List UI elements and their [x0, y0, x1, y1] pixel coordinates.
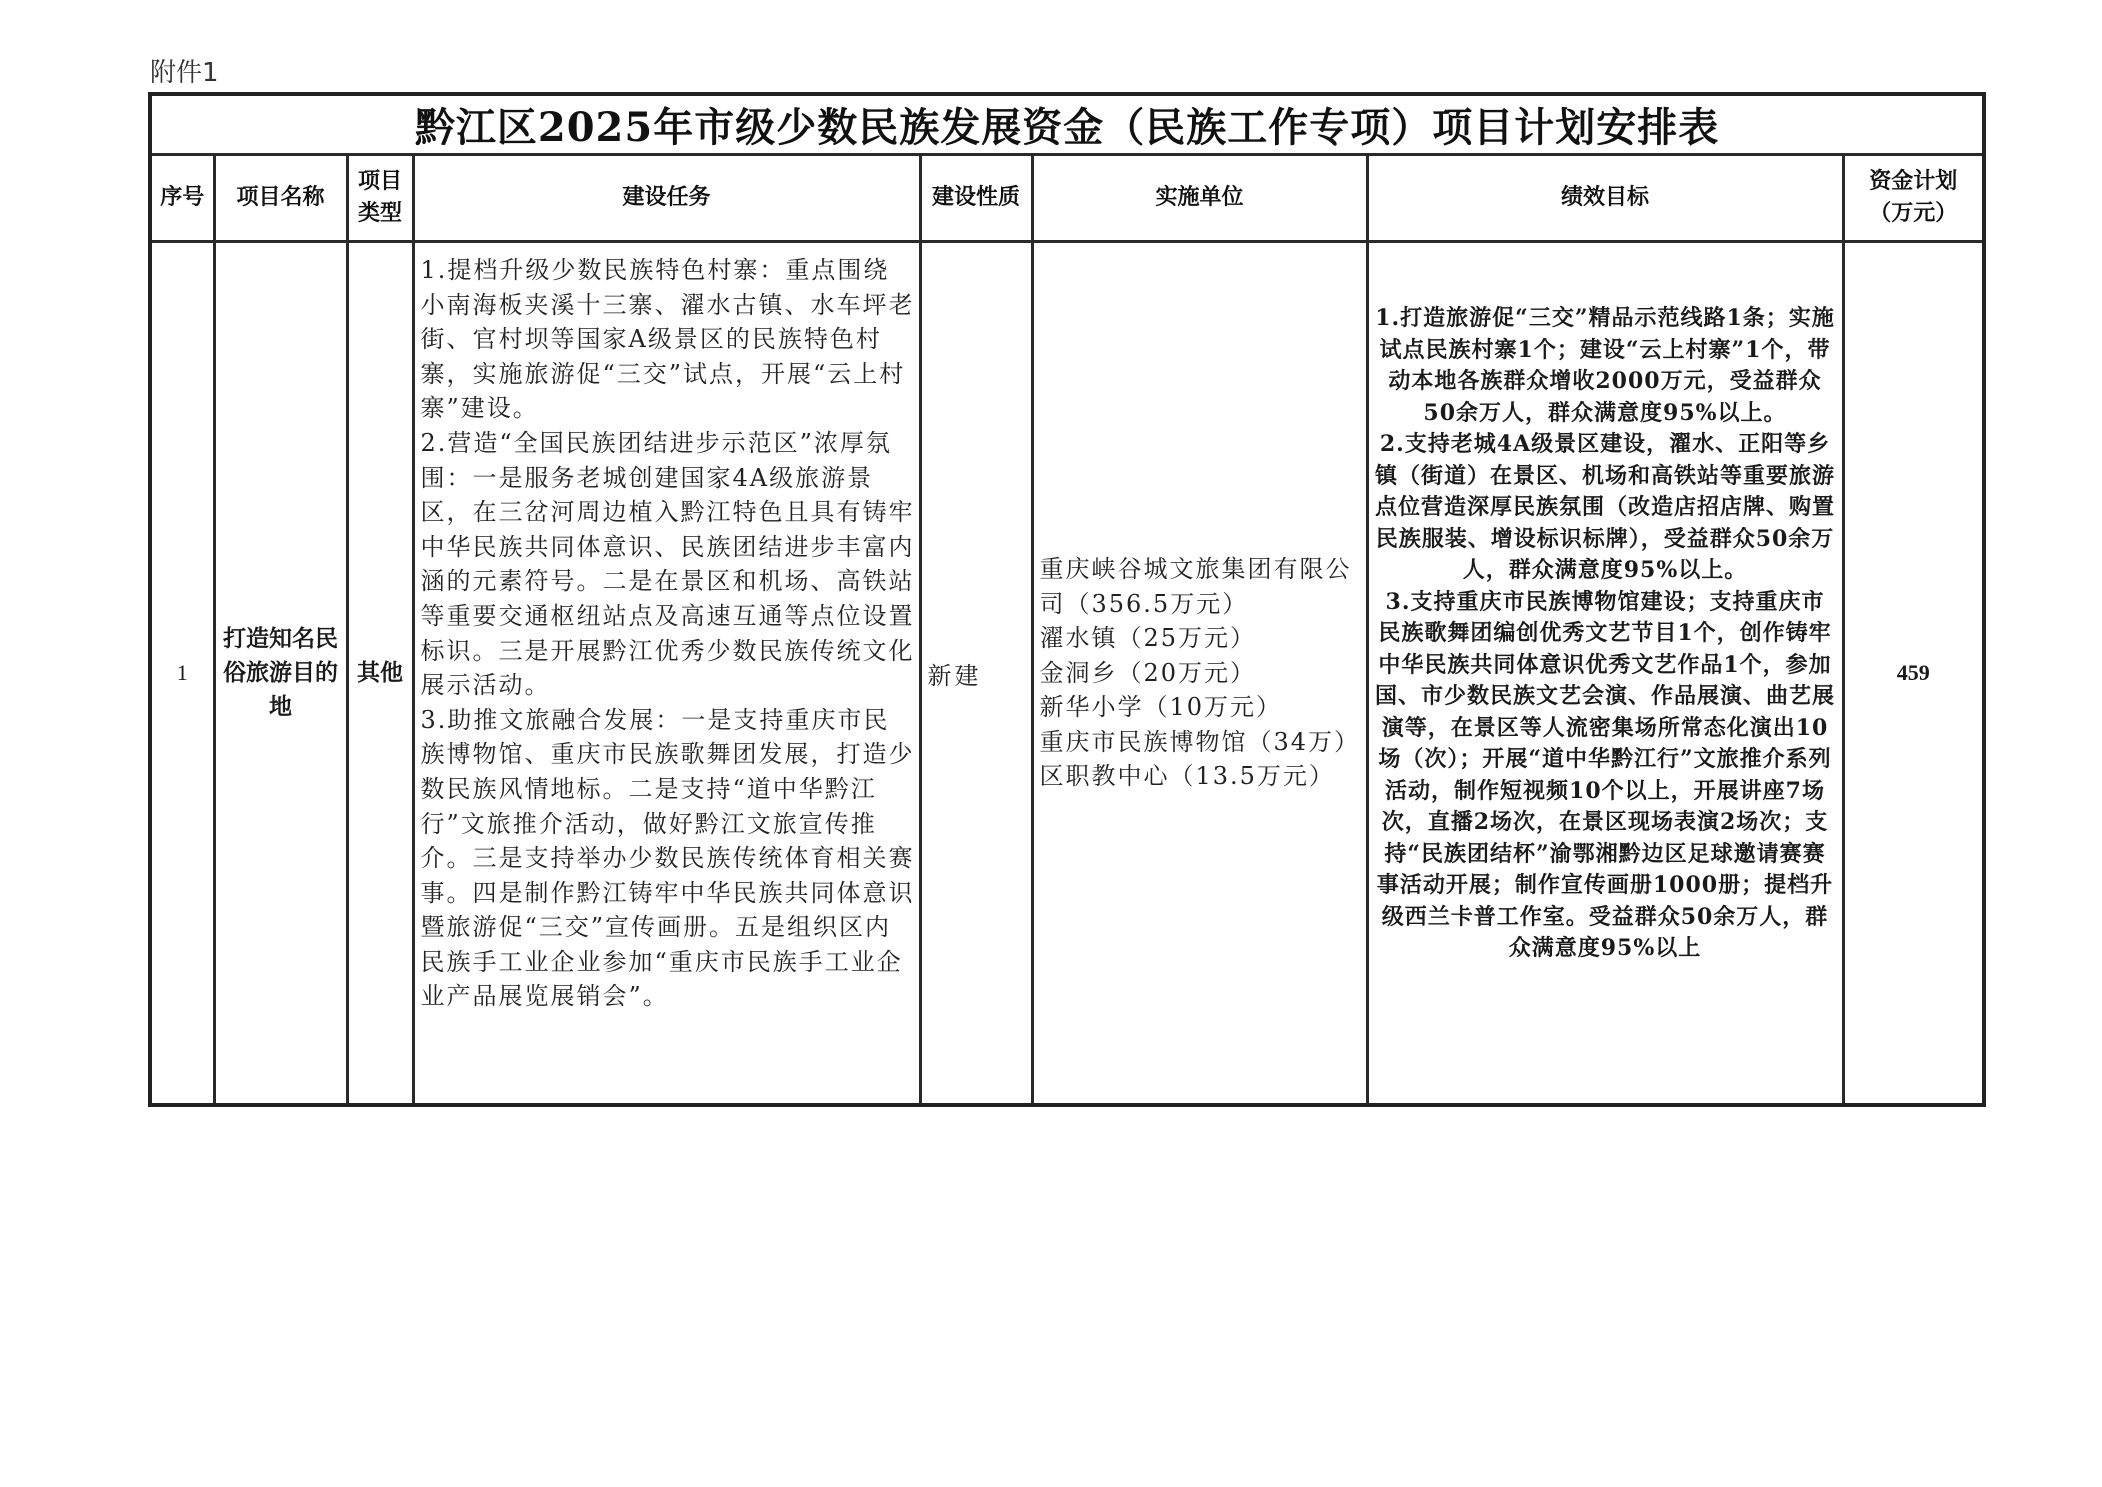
- row-construction-nature: 新建: [920, 242, 1032, 1106]
- header-performance-goal: 绩效目标: [1367, 155, 1843, 242]
- header-fund-plan-line1: 资金计划: [1845, 166, 1983, 198]
- unit-item: 新华小学（10万元）: [1040, 690, 1366, 725]
- unit-item: 重庆峡谷城文旅集团有限公司（356.5万元）: [1040, 552, 1366, 621]
- row-fund-plan: 459: [1843, 242, 1984, 1106]
- attachment-label: 附件1: [150, 52, 219, 89]
- row-performance-goals: 1.打造旅游促“三交”精品示范线路1条；实施试点民族村寨1个；建设“云上村寨”1…: [1367, 242, 1843, 1106]
- header-implementing-unit: 实施单位: [1032, 155, 1367, 242]
- header-project-name: 项目名称: [214, 155, 347, 242]
- row-construction-tasks: 1.提档升级少数民族特色村寨：重点围绕小南海板夹溪十三寨、濯水古镇、水车坪老街、…: [413, 242, 920, 1106]
- row-seq: 1: [150, 242, 214, 1106]
- table-row: 1 打造知名民俗旅游目的地 其他 1.提档升级少数民族特色村寨：重点围绕小南海板…: [150, 242, 1984, 1106]
- performance-item-3: 3.支持重庆市民族博物馆建设；支持重庆市民族歌舞团编创优秀文艺节目1个，创作铸牢…: [1375, 587, 1836, 965]
- project-plan-table: 黔江区2025年市级少数民族发展资金（民族工作专项）项目计划安排表 序号 项目名…: [148, 92, 1986, 1107]
- task-item-2: 2.营造“全国民族团结进步示范区”浓厚氛围：一是服务老城创建国家4A级旅游景区，…: [421, 426, 915, 703]
- title-row: 黔江区2025年市级少数民族发展资金（民族工作专项）项目计划安排表: [150, 94, 1984, 155]
- header-project-type-line1: 项目: [349, 166, 412, 198]
- unit-item: 濯水镇（25万元）: [1040, 621, 1366, 656]
- performance-item-1: 1.打造旅游促“三交”精品示范线路1条；实施试点民族村寨1个；建设“云上村寨”1…: [1375, 303, 1836, 429]
- header-project-type: 项目 类型: [347, 155, 413, 242]
- header-row: 序号 项目名称 项目 类型 建设任务 建设性质 实施单位 绩效目标 资金计划 （…: [150, 155, 1984, 242]
- unit-item: 区职教中心（13.5万元）: [1040, 759, 1366, 794]
- header-construction-nature: 建设性质: [920, 155, 1032, 242]
- unit-item: 重庆市民族博物馆（34万）: [1040, 725, 1366, 760]
- header-project-type-line2: 类型: [349, 198, 412, 230]
- header-fund-plan: 资金计划 （万元）: [1843, 155, 1984, 242]
- row-project-type: 其他: [347, 242, 413, 1106]
- row-project-name: 打造知名民俗旅游目的地: [214, 242, 347, 1106]
- task-item-3: 3.助推文旅融合发展：一是支持重庆市民族博物馆、重庆市民族歌舞团发展，打造少数民…: [421, 703, 915, 1014]
- row-implementing-units: 重庆峡谷城文旅集团有限公司（356.5万元） 濯水镇（25万元） 金洞乡（20万…: [1032, 242, 1367, 1106]
- header-construction-task: 建设任务: [413, 155, 920, 242]
- header-seq: 序号: [150, 155, 214, 242]
- task-item-1: 1.提档升级少数民族特色村寨：重点围绕小南海板夹溪十三寨、濯水古镇、水车坪老街、…: [421, 253, 915, 426]
- unit-item: 金洞乡（20万元）: [1040, 656, 1366, 691]
- table-title: 黔江区2025年市级少数民族发展资金（民族工作专项）项目计划安排表: [150, 94, 1984, 155]
- header-fund-plan-line2: （万元）: [1845, 198, 1983, 230]
- performance-item-2: 2.支持老城4A级景区建设，濯水、正阳等乡镇（街道）在景区、机场和高铁站等重要旅…: [1375, 429, 1836, 587]
